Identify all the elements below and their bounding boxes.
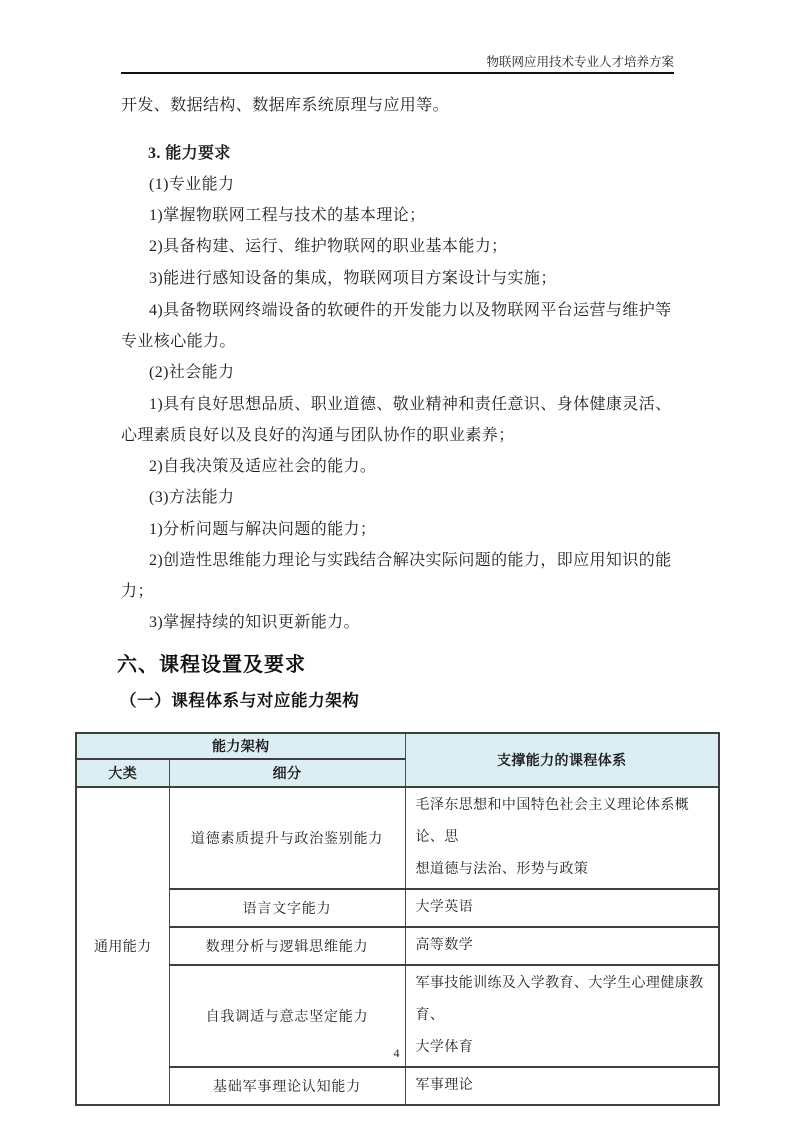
header-cell-category: 大类 bbox=[76, 759, 169, 787]
subheading-ability-requirements: 3. 能力要求 bbox=[148, 145, 231, 163]
body-line: (1)专业能力 bbox=[149, 176, 234, 194]
document-page: 物联网应用技术专业人才培养方案 开发、数据结构、数据库系统原理与应用等。 3. … bbox=[0, 0, 793, 1122]
header-cell-supporting-courses: 支撑能力的课程体系 bbox=[405, 733, 719, 787]
cell-detail: 数理分析与逻辑思维能力 bbox=[169, 927, 405, 965]
body-line: 2)具备构建、运行、维护物联网的职业基本能力； bbox=[149, 238, 508, 256]
running-header: 物联网应用技术专业人才培养方案 bbox=[121, 54, 674, 74]
cell-detail: 语言文字能力 bbox=[169, 889, 405, 927]
section-heading-course-setup: 六、课程设置及要求 bbox=[117, 648, 306, 677]
cell-courses: 毛泽东思想和中国特色社会主义理论体系概论、思 想道德与法治、形势与政策 bbox=[405, 787, 719, 889]
cell-courses: 军事理论 bbox=[405, 1067, 719, 1105]
subsection-heading-course-system: （一）课程体系与对应能力架构 bbox=[120, 687, 359, 711]
body-line: 2)创造性思维能力理论与实践结合解决实际问题的能力，即应用知识的能 bbox=[149, 552, 672, 570]
table-row: 语言文字能力 大学英语 bbox=[76, 889, 719, 927]
body-line: 3)能进行感知设备的集成，物联网项目方案设计与实施； bbox=[149, 270, 557, 288]
table-header-row-1: 能力架构 支撑能力的课程体系 bbox=[76, 733, 719, 759]
body-line: 2)自我决策及适应社会的能力。 bbox=[149, 458, 376, 476]
table-row: 数理分析与逻辑思维能力 高等数学 bbox=[76, 927, 719, 965]
body-line: 3)掌握持续的知识更新能力。 bbox=[149, 614, 360, 632]
body-line: 心理素质良好以及良好的沟通与团队协作的职业素养； bbox=[121, 427, 515, 445]
body-line: (2)社会能力 bbox=[149, 364, 234, 382]
body-line: 1)掌握物联网工程与技术的基本理论； bbox=[149, 207, 426, 225]
cell-detail: 道德素质提升与政治鉴别能力 bbox=[169, 787, 405, 889]
body-line: 力； bbox=[121, 583, 154, 601]
header-cell-ability-architecture: 能力架构 bbox=[76, 733, 405, 759]
body-line: 1)分析问题与解决问题的能力； bbox=[149, 521, 376, 539]
body-line: (3)方法能力 bbox=[149, 489, 234, 507]
body-line: 开发、数据结构、数据库系统原理与应用等。 bbox=[121, 97, 449, 115]
cell-courses: 高等数学 bbox=[405, 927, 719, 965]
body-line: 专业核心能力。 bbox=[121, 333, 236, 351]
header-cell-detail: 细分 bbox=[169, 759, 405, 787]
cell-courses: 大学英语 bbox=[405, 889, 719, 927]
running-header-title: 物联网应用技术专业人才培养方案 bbox=[486, 55, 674, 69]
body-line: 1)具有良好思想品质、职业道德、敬业精神和责任意识、身体健康灵活、 bbox=[149, 396, 672, 414]
table-row: 通用能力 道德素质提升与政治鉴别能力 毛泽东思想和中国特色社会主义理论体系概论、… bbox=[76, 787, 719, 889]
table-row: 基础军事理论认知能力 军事理论 bbox=[76, 1067, 719, 1105]
cell-detail: 基础军事理论认知能力 bbox=[169, 1067, 405, 1105]
page-number: 4 bbox=[0, 1046, 793, 1061]
body-line: 4)具备物联网终端设备的软硬件的开发能力以及物联网平台运营与维护等 bbox=[149, 302, 672, 320]
